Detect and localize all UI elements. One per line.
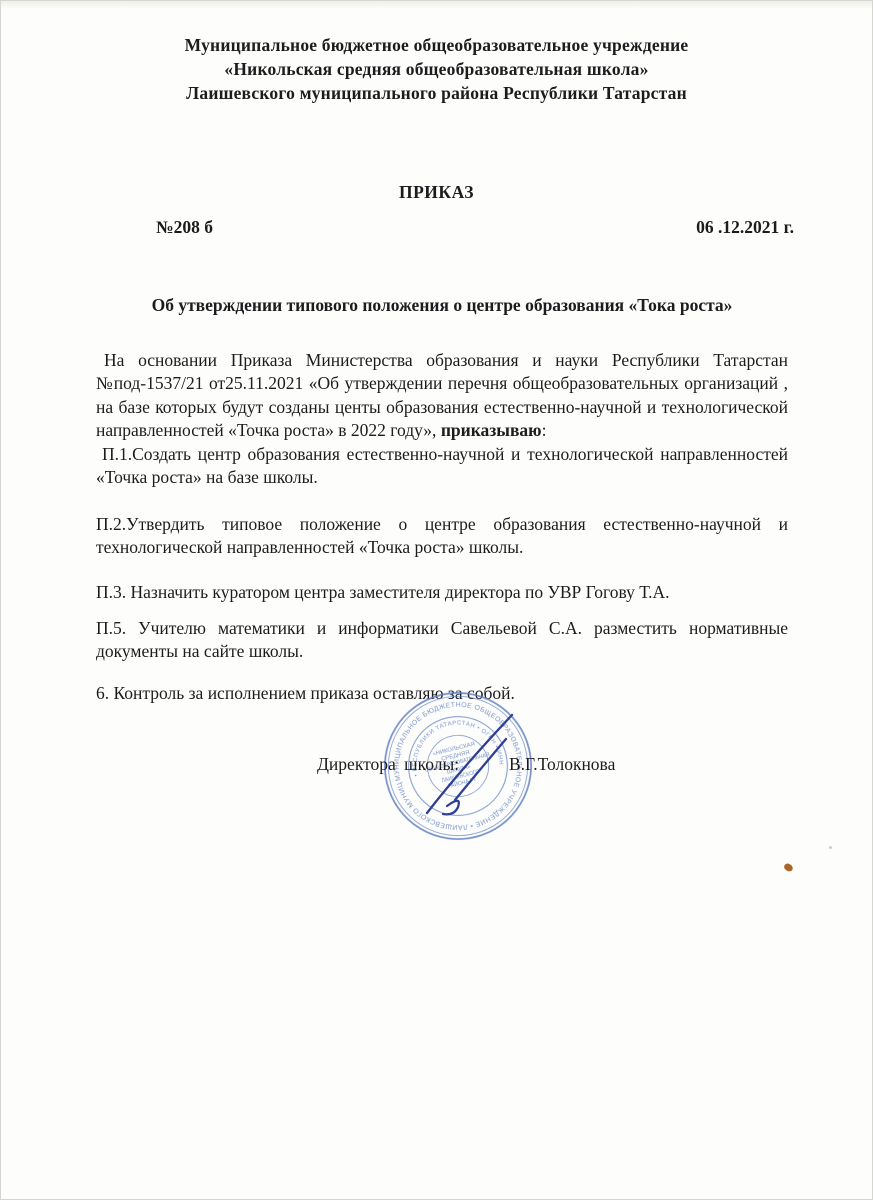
- org-header: Муниципальное бюджетное общеобразователь…: [1, 33, 872, 105]
- signature-label: Директора школы:: [317, 754, 459, 775]
- org-header-line: Муниципальное бюджетное общеобразователь…: [1, 33, 872, 57]
- preamble-bold-word: приказываю: [441, 420, 542, 440]
- order-date: 06 .12.2021 г.: [696, 217, 794, 238]
- order-item-p2: П.2.Утвердить типовое положение о центре…: [96, 513, 788, 560]
- scan-speck: [783, 862, 794, 872]
- document-page: Муниципальное бюджетное общеобразователь…: [0, 0, 873, 1200]
- preamble-paragraph: На основании Приказа Министерства образо…: [96, 349, 788, 443]
- order-number: №208 б: [156, 217, 213, 238]
- preamble-tail: :: [542, 420, 547, 440]
- org-header-line: Лаишевского муниципального района Респуб…: [1, 81, 872, 105]
- org-header-line: «Никольская средняя общеобразовательная …: [1, 57, 872, 81]
- order-item-p5: П.5. Учителю математики и информатики Са…: [96, 617, 788, 664]
- order-title: Об утверждении типового положения о цент…: [96, 295, 788, 316]
- scan-dot: [829, 846, 832, 849]
- signature-name: В.Г.Толокнова: [509, 754, 615, 775]
- order-item-p3: П.3. Назначить куратором центра заместит…: [96, 581, 788, 605]
- doc-type-heading: ПРИКАЗ: [1, 182, 872, 203]
- order-item-p1: П.1.Создать центр образования естественн…: [96, 443, 788, 490]
